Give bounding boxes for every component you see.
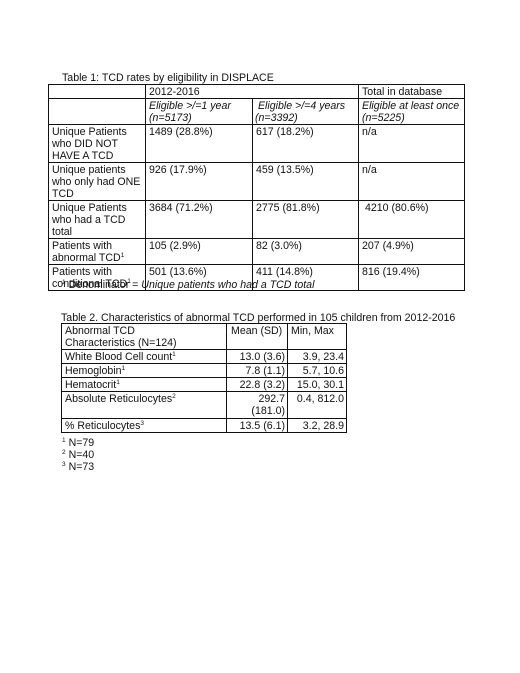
cell-value: 105 (2.9%) [146,239,253,265]
table-row: Unique patients who only had ONE TCD 926… [49,163,465,201]
cell-min-max: 3.2, 28.9 [288,419,347,433]
row-label: Patients with abnormal TCD1 [49,239,146,265]
row-label: Absolute Reticulocytes2 [62,392,227,419]
table1-column-header-row: Eligible >/=1 year (n=5173) Eligible >/=… [49,99,465,125]
col-label: Eligible at least once [362,100,461,112]
cell-min-max: 15.0, 30.1 [288,378,347,392]
cell-value: n/a [359,125,465,163]
row-label-text: Unique Patients who had a TCD total [52,202,127,238]
footnote-mark: 3 [140,420,144,427]
table2-header-row: Abnormal TCD Characteristics (N=124) Mea… [62,324,347,350]
row-label-text: Hemoglobin [65,365,122,377]
cell-value: 4210 (80.6%) [359,201,465,239]
col-n: (n=5173) [149,112,249,124]
table1-group-header-row: 2012-2016 Total in database [49,85,465,99]
table-row: Hemoglobin1 7.8 (1.1) 5.7, 10.6 [62,364,347,378]
col-n: (n=5225) [362,112,461,124]
row-label: % Reticulocytes3 [62,419,227,433]
cell-mean-sd: 7.8 (1.1) [227,364,288,378]
table1-corner-cell [49,85,146,99]
table2-footnote-1: 1 N=79 [62,437,94,449]
table-row: Absolute Reticulocytes2 292.7 (181.0) 0.… [62,392,347,419]
cell-value: 82 (3.0%) [253,239,359,265]
table1-empty-header-cell [49,99,146,125]
table-row: White Blood Cell count1 13.0 (3.6) 3.9, … [62,350,347,364]
row-label-text: Absolute Reticulocytes [65,393,172,405]
table-row: Patients with abnormal TCD1 105 (2.9%) 8… [49,239,465,265]
footnote-text: Denominator = [66,279,142,291]
table2-footnote-2: 2 N=40 [62,449,94,461]
table1-caption: Table 1: TCD rates by eligibility in DIS… [62,72,274,84]
footnote-text: N=73 [66,461,95,473]
table-row: Unique Patients who DID NOT HAVE A TCD 1… [49,125,465,163]
row-label: Unique Patients who had a TCD total [49,201,146,239]
cell-mean-sd: 292.7 (181.0) [227,392,288,419]
table1-col-eligible-1yr: Eligible >/=1 year (n=5173) [146,99,253,125]
row-label-text: Hematocrit [65,379,116,391]
cell-value: 617 (18.2%) [253,125,359,163]
row-label: Hemoglobin1 [62,364,227,378]
footnote-mark: 1 [122,365,126,372]
cell-value: 207 (4.9%) [359,239,465,265]
table1-col-eligible-once: Eligible at least once (n=5225) [359,99,465,125]
cell-min-max: 0.4, 812.0 [288,392,347,419]
row-label-text: Unique Patients who DID NOT HAVE A TCD [52,126,127,162]
table1-footnote: 1 Denominator = Unique patients who had … [62,279,314,291]
table-row: Unique Patients who had a TCD total 3684… [49,201,465,239]
footnote-mark: 1 [116,379,120,386]
table-row: Hematocrit1 22.8 (3.2) 15.0, 30.1 [62,378,347,392]
row-label-text: White Blood Cell count [65,351,172,363]
cell-value: 1489 (28.8%) [146,125,253,163]
row-label: White Blood Cell count1 [62,350,227,364]
footnote-text: N=40 [66,449,95,461]
cell-mean-sd: 22.8 (3.2) [227,378,288,392]
footnote-mark: 2 [172,393,176,400]
cell-min-max: 5.7, 10.6 [288,364,347,378]
row-label: Unique patients who only had ONE TCD [49,163,146,201]
footnote-mark: 1 [121,252,125,259]
row-label-text: Unique patients who only had ONE TCD [52,164,140,200]
footnote-mark: 1 [172,351,176,358]
table2-footnotes: 1 N=79 2 N=40 3 N=73 [62,437,94,473]
table1-col-eligible-4yr: Eligible >/=4 years (n=3392) [253,99,359,125]
cell-value: 459 (13.5%) [253,163,359,201]
cell-value: 816 (19.4%) [359,265,465,291]
table2-footnote-3: 3 N=73 [62,461,94,473]
cell-value: 3684 (71.2%) [146,201,253,239]
table2-header-min-max: Min, Max [288,324,347,350]
row-label-text: % Reticulocytes [65,420,140,432]
col-label: Eligible >/=1 year [149,100,249,112]
cell-value: 2775 (81.8%) [253,201,359,239]
row-label: Hematocrit1 [62,378,227,392]
table1: 2012-2016 Total in database Eligible >/=… [48,84,465,291]
table-row: % Reticulocytes3 13.5 (6.1) 3.2, 28.9 [62,419,347,433]
cell-mean-sd: 13.0 (3.6) [227,350,288,364]
table1-group-header-total: Total in database [359,85,465,99]
row-label-text: Patients with abnormal TCD [52,240,121,264]
footnote-italic-text: Unique patients who had a TCD total [141,279,314,291]
row-label: Unique Patients who DID NOT HAVE A TCD [49,125,146,163]
footnote-text: N=79 [66,437,95,449]
table2-header-mean-sd: Mean (SD) [227,324,288,350]
table2: Abnormal TCD Characteristics (N=124) Mea… [61,323,347,433]
cell-value: 926 (17.9%) [146,163,253,201]
cell-value: n/a [359,163,465,201]
cell-mean-sd: 13.5 (6.1) [227,419,288,433]
col-label: Eligible >/=4 years [255,100,355,112]
col-n: (n=3392) [255,112,355,124]
cell-min-max: 3.9, 23.4 [288,350,347,364]
table2-header-characteristics: Abnormal TCD Characteristics (N=124) [62,324,227,350]
table1-group-header-2012-2016: 2012-2016 [146,85,359,99]
